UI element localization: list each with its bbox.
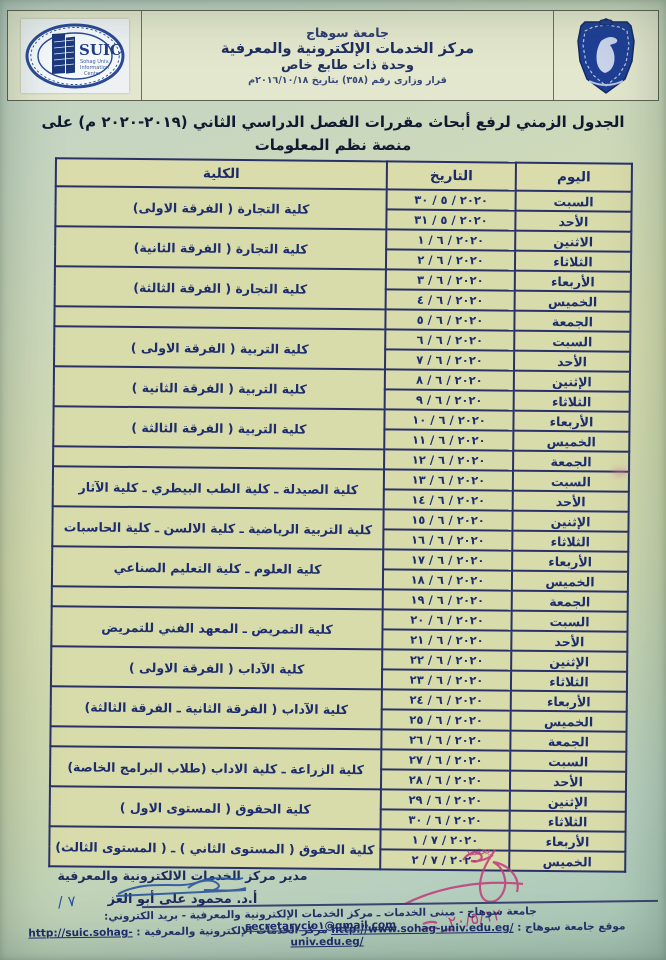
date-cell: ٢٠٢٠ / ٥ / ٣١ [386, 209, 515, 230]
date-cell: ٢٠٢٠ / ٦ / ٦ [385, 329, 514, 350]
header-day: اليوم [516, 163, 632, 192]
date-cell: ٢٠٢٠ / ٦ / ١١ [384, 429, 513, 450]
date-cell: ٢٠٢٠ / ٦ / ٣ [386, 269, 515, 290]
letterhead-left-cell: SUIC Sohag Univ. Information Center [8, 11, 142, 100]
day-cell: الثلاثاء [514, 391, 630, 412]
schedule-row: الإثنين٢٠٢٠ / ٦ / ١٥كلية التربية الرياضي… [52, 506, 628, 532]
suic-logo: SUIC Sohag Univ. Information Center [21, 19, 129, 93]
schedule-row: الأربعاء٢٠٢٠ / ٦ / ١٠كلية التربية ( الفر… [53, 406, 629, 432]
day-cell: الثلاثاء [510, 811, 626, 832]
date-cell: ٢٠٢٠ / ٦ / ١٧ [383, 549, 512, 570]
date-cell: ٢٠٢٠ / ٦ / ١ [386, 229, 515, 250]
date-cell: ٢٠٢٠ / ٦ / ٢٣ [382, 669, 511, 690]
letterhead-text: جامعة سوهاج مركز الخدمات الإلكترونية وال… [142, 11, 553, 100]
footer-site-url: http://www.sohag-univ.edu.eg/ [331, 922, 513, 936]
signer-title: مدير مركز الخدمات الالكترونية والمعرفية [30, 868, 335, 883]
header-date: التاريخ [387, 161, 516, 190]
college-cell: كلية التربية ( الفرقة الثالثة ) [53, 406, 384, 449]
schedule-row: السبت٢٠٢٠ / ٦ / ٦كلية التربية ( الفرقة ا… [54, 326, 630, 352]
university-shield-icon [575, 17, 637, 95]
day-cell: الإثنين [514, 371, 630, 392]
day-cell: الإثنين [512, 511, 628, 532]
letterhead: SUIC Sohag Univ. Information Center جامع… [7, 10, 659, 101]
day-cell: الإثنين [511, 651, 627, 672]
schedule-row: الأربعاء٢٠٢٠ / ٦ / ٣كلية التجارة ( الفرق… [55, 266, 631, 292]
day-cell: الأحد [514, 351, 630, 372]
university-name: جامعة سوهاج [142, 25, 553, 40]
day-cell: الأربعاء [511, 691, 627, 712]
schedule-row: الإثنين٢٠٢٠ / ٦ / ٨كلية التربية ( الفرقة… [54, 366, 630, 392]
college-cell: كلية التربية ( الفرقة الثانية ) [54, 366, 385, 409]
day-cell: الخميس [512, 571, 628, 592]
date-cell: ٢٠٢٠ / ٦ / ١٤ [384, 489, 513, 510]
schedule-row: السبت٢٠٢٠ / ٥ / ٣٠كلية التجارة ( الفرقة … [56, 186, 632, 212]
svg-text:Center: Center [84, 71, 102, 77]
college-cell: كلية التربية الرياضية ـ كلية الالسن ـ كل… [52, 506, 383, 549]
suic-acronym-text: SUIC [79, 41, 122, 59]
date-cell: ٢٠٢٠ / ٦ / ٢٤ [382, 689, 511, 710]
date-cell: ٢٠٢٠ / ٦ / ٣٠ [381, 809, 510, 830]
college-cell: كلية التجارة ( الفرقة الثانية) [55, 226, 386, 269]
day-cell: الجمعة [514, 311, 630, 332]
day-cell: الثلاثاء [511, 671, 627, 692]
schedule-row: السبت٢٠٢٠ / ٦ / ٢٧كلية الزراعة ـ كلية ال… [50, 746, 626, 772]
footer-site-label: موقع جامعة سوهاج : [513, 920, 625, 933]
college-cell: كلية العلوم ـ كلية التعليم الصناعي [52, 546, 383, 589]
day-cell: الثلاثاء [512, 531, 628, 552]
college-cell: كلية الآداب ( الفرقة الثانية ـ الفرقة ال… [51, 686, 382, 729]
college-cell: كلية التجارة ( الفرقة الثالثة) [55, 266, 386, 309]
day-cell: الخميس [515, 291, 631, 312]
day-cell: الإثنين [510, 791, 626, 812]
schedule-row: الإثنين٢٠٢٠ / ٦ / ٢٩كلية الحقوق ( المستو… [50, 786, 626, 812]
college-cell: كلية الحقوق ( المستوى الثاني ) ـ ( المست… [49, 826, 380, 869]
day-cell: الجمعة [513, 451, 629, 472]
schedule-body: السبت٢٠٢٠ / ٥ / ٣٠كلية التجارة ( الفرقة … [49, 186, 632, 871]
date-cell: ٢٠٢٠ / ٦ / ٥ [385, 309, 514, 330]
date-cell: ٢٠٢٠ / ٦ / ٨ [385, 369, 514, 390]
scan-smudge [612, 468, 628, 476]
date-cell: ٢٠٢٠ / ٦ / ٤ [386, 289, 515, 310]
date-cell: ٢٠٢٠ / ٥ / ٣٠ [387, 189, 516, 210]
title-years: (٢٠١٩-٢٠٢٠ م) [78, 113, 187, 131]
date-cell: ٢٠٢٠ / ٦ / ٢٢ [382, 649, 511, 670]
date-cell: ٢٠٢٠ / ٦ / ١٥ [383, 509, 512, 530]
day-cell: السبت [513, 471, 629, 492]
unit-name: وحدة ذات طابع خاص [142, 58, 553, 73]
day-cell: الأربعاء [513, 411, 629, 432]
day-cell: الأحد [511, 631, 627, 652]
date-cell: ٢٠٢٠ / ٦ / ٢٨ [381, 769, 510, 790]
day-cell: الجمعة [510, 731, 626, 752]
day-cell: الخميس [513, 431, 629, 452]
date-cell: ٢٠٢٠ / ٦ / ١٦ [383, 529, 512, 550]
college-cell: كلية الصيدلة ـ كلية الطب البيطري ـ كلية … [53, 466, 384, 509]
day-cell: الثلاثاء [515, 251, 631, 272]
day-cell: الاثنين [515, 231, 631, 252]
schedule-row: الإثنين٢٠٢٠ / ٦ / ٢٢كلية الآداب ( الفرقة… [51, 646, 627, 672]
date-cell: ٢٠٢٠ / ٦ / ١٢ [384, 449, 513, 470]
day-cell: الجمعة [512, 591, 628, 612]
date-cell: ٢٠٢٠ / ٦ / ١٣ [384, 469, 513, 490]
letterhead-right-cell [553, 11, 658, 100]
date-cell: ٢٠٢٠ / ٦ / ٧ [385, 349, 514, 370]
day-cell: السبت [516, 191, 632, 212]
date-cell: ٢٠٢٠ / ٦ / ٢٠ [382, 609, 511, 630]
schedule-row: الأربعاء٢٠٢٠ / ٦ / ٢٤كلية الآداب ( الفرق… [51, 686, 627, 712]
schedule-table: اليوم التاريخ الكلية السبت٢٠٢٠ / ٥ / ٣٠ك… [48, 157, 633, 873]
college-cell: كلية الزراعة ـ كلية الاداب (طلاب البرامج… [50, 746, 381, 789]
center-name: مركز الخدمات الإلكترونية والمعرفية [142, 41, 553, 57]
college-cell: كلية الآداب ( الفرقة الاولى ) [51, 646, 382, 689]
schedule-row: السبت٢٠٢٠ / ٦ / ١٣كلية الصيدلة ـ كلية ال… [53, 466, 629, 492]
date-cell: ٢٠٢٠ / ٦ / ١٩ [383, 589, 512, 610]
day-cell: الأربعاء [515, 271, 631, 292]
college-cell: كلية التربية ( الفرقة الاولى ) [54, 326, 385, 369]
day-cell: السبت [514, 331, 630, 352]
date-cell: ٢٠٢٠ / ٦ / ٢٥ [382, 709, 511, 730]
date-cell: ٢٠٢٠ / ٦ / ٢٧ [381, 749, 510, 770]
college-cell: كلية الحقوق ( المستوى الاول ) [50, 786, 381, 829]
college-cell: كلية التمريض ـ المعهد الفني للتمريض [51, 606, 382, 649]
suic-logo-icon: SUIC Sohag Univ. Information Center [24, 22, 126, 90]
scanned-document: SUIC Sohag Univ. Information Center جامع… [0, 0, 666, 960]
schedule-row: الأربعاء٢٠٢٠ / ٦ / ١٧كلية العلوم ـ كلية … [52, 546, 628, 572]
day-cell: الأحد [513, 491, 629, 512]
title-part1: الجدول الزمني لرفع أبحاث مقررات الفصل ال… [188, 113, 625, 131]
day-cell: الأربعاء [512, 551, 628, 572]
schedule-row: الاثنين٢٠٢٠ / ٦ / ١كلية التجارة ( الفرقة… [55, 226, 631, 252]
handwritten-word: يعتمد [464, 842, 491, 859]
decree-line: قرار وزارى رقم (٣٥٨) بتاريخ ٢٠١٦/١٠/١٨م [142, 75, 553, 86]
day-cell: الخميس [511, 711, 627, 732]
date-cell: ٢٠٢٠ / ٦ / ١٠ [384, 409, 513, 430]
signature-block: مدير مركز الخدمات الالكترونية والمعرفية … [30, 868, 335, 907]
date-cell: ٢٠٢٠ / ٦ / ٢ [386, 249, 515, 270]
header-college: الكلية [56, 158, 387, 189]
college-cell: كلية التجارة ( الفرقة الاولى) [55, 186, 386, 229]
date-cell: ٢٠٢٠ / ٦ / ١٨ [383, 569, 512, 590]
day-cell: الأحد [515, 211, 631, 232]
day-cell: الأحد [510, 771, 626, 792]
date-cell: ٢٠٢٠ / ٦ / ٩ [385, 389, 514, 410]
date-cell: ٢٠٢٠ / ٦ / ٢١ [382, 629, 511, 650]
date-cell: ٢٠٢٠ / ٦ / ٢٩ [381, 789, 510, 810]
schedule-row: السبت٢٠٢٠ / ٦ / ٢٠كلية التمريض ـ المعهد … [52, 606, 628, 632]
day-cell: السبت [510, 751, 626, 772]
day-cell: السبت [511, 611, 627, 632]
date-cell: ٢٠٢٠ / ٦ / ٢٦ [381, 729, 510, 750]
